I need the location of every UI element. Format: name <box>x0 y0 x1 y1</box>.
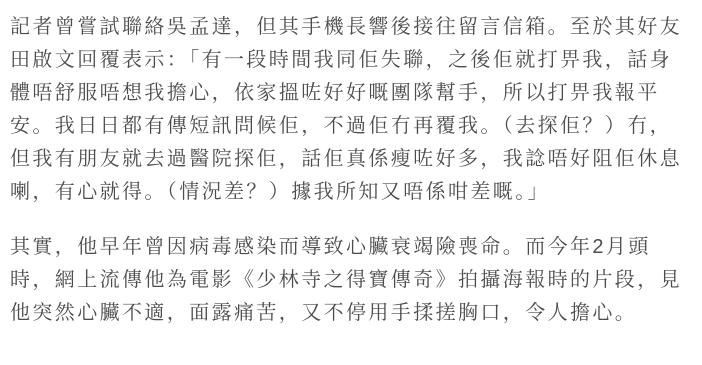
article-paragraph-background: 其實，他早年曾因病毒感染而導致心臟衰竭險喪命。而今年2月頭時，網上流傳他為電影《… <box>10 231 694 330</box>
article-body: 記者曾嘗試聯絡吳孟達，但其手機長響後接往留言信箱。至於其好友田啟文回覆表示：「有… <box>0 0 702 365</box>
article-paragraph-quote: 記者曾嘗試聯絡吳孟達，但其手機長響後接往留言信箱。至於其好友田啟文回覆表示：「有… <box>10 11 694 209</box>
